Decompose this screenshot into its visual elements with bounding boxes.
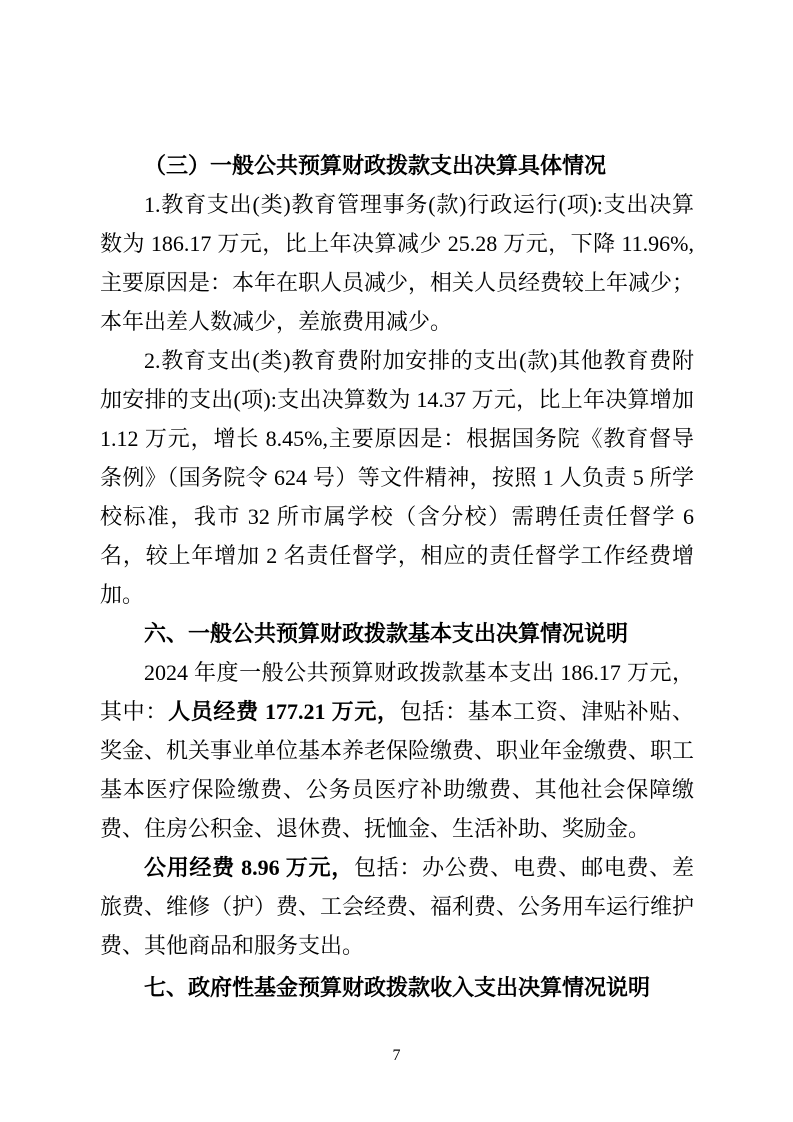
section-3-paragraph-2: 2.教育支出(类)教育费附加安排的支出(款)其他教育费附加安排的支出(项):支出… bbox=[100, 341, 694, 614]
document-content: （三）一般公共预算财政拨款支出决算具体情况 1.教育支出(类)教育管理事务(款)… bbox=[100, 146, 694, 1007]
section-3-paragraph-1: 1.教育支出(类)教育管理事务(款)行政运行(项):支出决算数为 186.17 … bbox=[100, 185, 694, 341]
section-3-heading: （三）一般公共预算财政拨款支出决算具体情况 bbox=[100, 146, 694, 185]
document-page: （三）一般公共预算财政拨款支出决算具体情况 1.教育支出(类)教育管理事务(款)… bbox=[0, 0, 793, 1122]
section-6-heading: 六、一般公共预算财政拨款基本支出决算情况说明 bbox=[100, 614, 694, 653]
personnel-expense-bold-run: 人员经费 177.21 万元， bbox=[168, 699, 400, 724]
section-6-paragraph-2: 公用经费 8.96 万元，包括：办公费、电费、邮电费、差旅费、维修（护）费、工会… bbox=[100, 848, 694, 965]
page-number: 7 bbox=[0, 1046, 793, 1066]
section-7-heading: 七、政府性基金预算财政拨款收入支出决算情况说明 bbox=[100, 968, 694, 1007]
section-6-paragraph-1: 2024 年度一般公共预算财政拨款基本支出 186.17 万元，其中：人员经费 … bbox=[100, 653, 694, 848]
public-expense-bold-run: 公用经费 8.96 万元， bbox=[144, 855, 354, 880]
